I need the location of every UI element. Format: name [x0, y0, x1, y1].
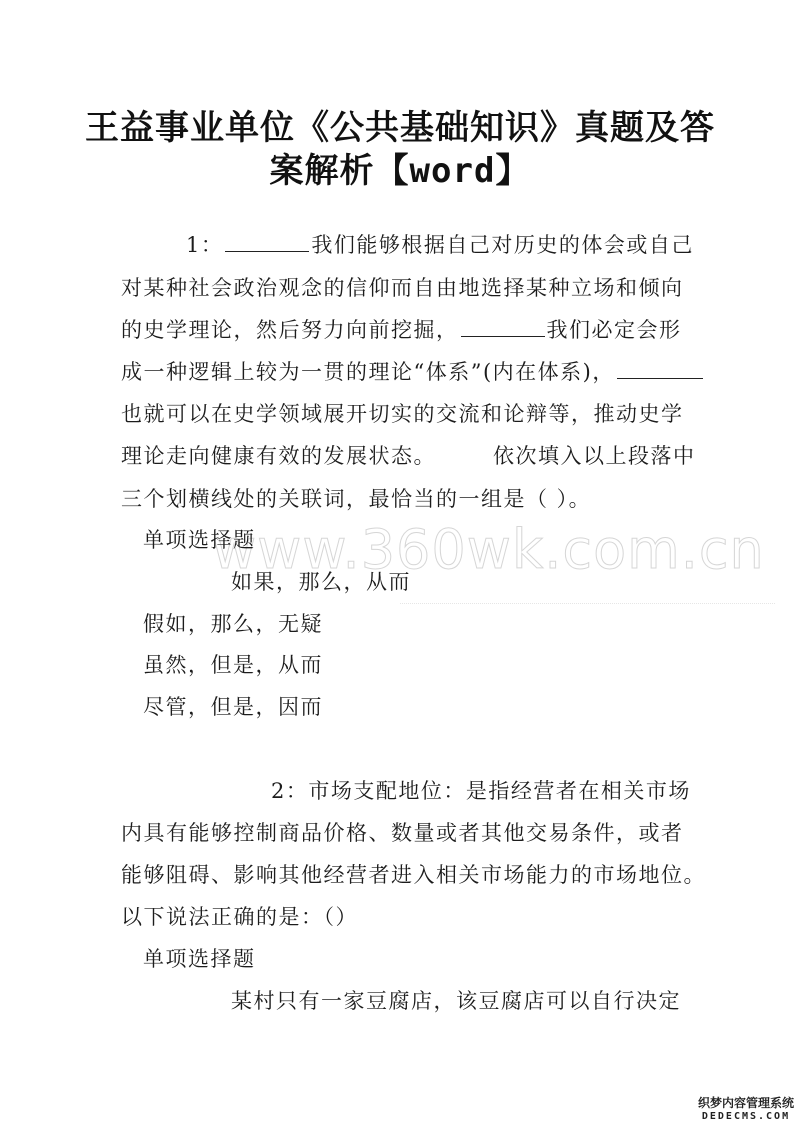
title-word: word [410, 151, 496, 191]
fill-blank [225, 233, 309, 252]
question-2-option-a[interactable]: 某村只有一家豆腐店，该豆腐店可以自行决定 [231, 988, 681, 1014]
question-1-option-d[interactable]: 尽管，但是，因而 [143, 694, 323, 720]
question-text: 的史学理论，然后努力向前挖掘， [121, 318, 459, 342]
question-2-line-3: 能够阻碍、影响其他经营者进入相关市场能力的市场地位。 [121, 862, 706, 888]
logo-en-text: DEDECMS.COM [698, 1111, 794, 1122]
question-1-option-b[interactable]: 假如，那么，无疑 [143, 611, 323, 637]
question-1-line-6: 理论走向健康有效的发展状态。 依次填入以上段落中 [121, 443, 696, 469]
question-2-line-2: 内具有能够控制商品价格、数量或者其他交易条件，或者 [121, 820, 684, 846]
document-title-line-1: 王益事业单位《公共基础知识》真题及答 [0, 100, 800, 149]
question-1-line-1: 1：我们能够根据自己对历史的体会或自己 [186, 232, 694, 258]
dedecms-logo: 织梦内容管理系统 DEDECMS.COM [698, 1094, 794, 1122]
dotted-divider [400, 603, 775, 604]
document-title-line-2: 案解析【word】 [0, 143, 800, 192]
question-1-option-a[interactable]: 如果，那么，从而 [231, 569, 411, 595]
logo-cn-text: 织梦内容管理系统 [698, 1094, 794, 1111]
question-text: 我们能够根据自己对历史的体会或自己 [311, 233, 694, 257]
question-1-line-4: 成一种逻辑上较为一贯的理论“体系”(内在体系)， [121, 359, 705, 385]
question-1-option-c[interactable]: 虽然，但是，从而 [143, 652, 323, 678]
question-1-line-7: 三个划横线处的关联词，最恰当的一组是（ ）。 [121, 486, 591, 512]
question-2-line-1: 2：市场支配地位：是指经营者在相关市场 [271, 778, 691, 804]
fill-blank [461, 318, 545, 337]
question-text: 我们必定会形 [547, 318, 682, 342]
title-text: 案解析【 [270, 151, 410, 191]
title-bracket: 】 [495, 151, 530, 191]
document-page: 王益事业单位《公共基础知识》真题及答 案解析【word】 1：我们能够根据自己对… [0, 0, 800, 1132]
question-number: 2： [271, 779, 308, 803]
question-2-type-label: 单项选择题 [143, 946, 256, 972]
question-1-line-5: 也就可以在史学领域展开切实的交流和论辩等，推动史学 [121, 401, 684, 427]
question-2-line-4: 以下说法正确的是：（） [121, 904, 358, 930]
question-text: 成一种逻辑上较为一贯的理论“体系”(内在体系)， [121, 360, 615, 384]
question-text: 市场支配地位：是指经营者在相关市场 [308, 779, 691, 803]
question-1-type-label: 单项选择题 [143, 527, 256, 553]
question-1-line-3: 的史学理论，然后努力向前挖掘，我们必定会形 [121, 317, 682, 343]
question-1-line-2: 对某种社会政治观念的信仰而自由地选择某种立场和倾向 [121, 275, 684, 301]
question-number: 1： [186, 233, 223, 257]
fill-blank [617, 360, 703, 379]
